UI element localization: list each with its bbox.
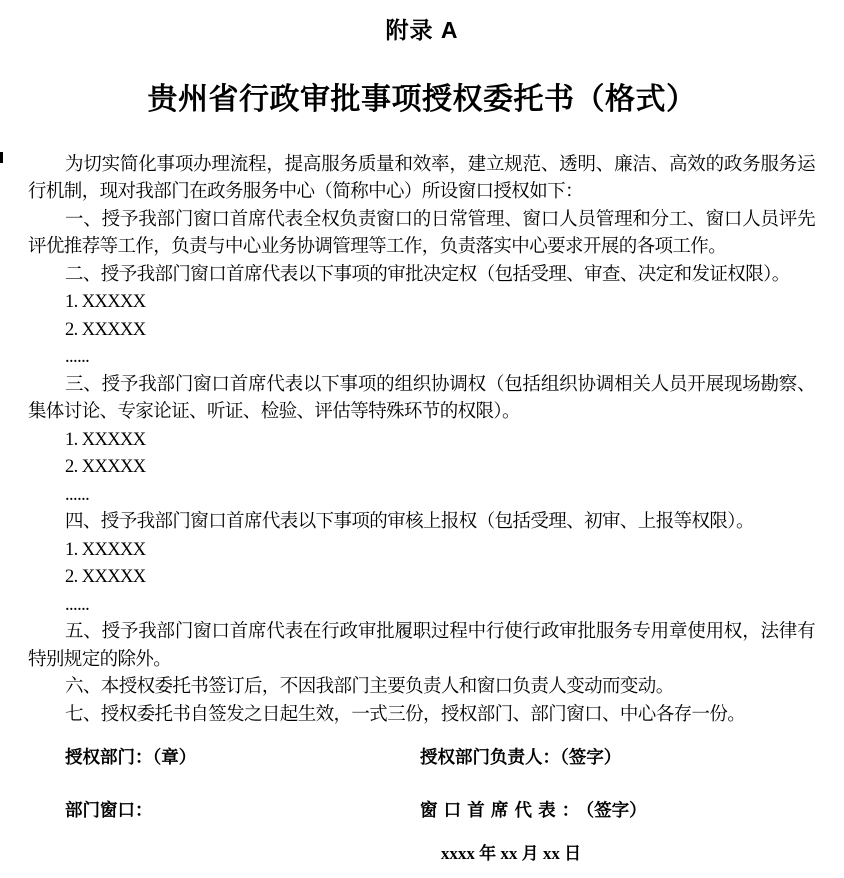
list-item-placeholder: 2. XXXXX bbox=[28, 317, 815, 345]
paragraph-clause-2: 二、授予我部门窗口首席代表以下事项的审批决定权（包括受理、审查、决定和发证权限）… bbox=[28, 262, 815, 290]
document-title: 贵州省行政审批事项授权委托书（格式） bbox=[0, 84, 844, 116]
department-head-field: 授权部门负责人：（签字） bbox=[420, 743, 815, 771]
signature-block: 授权部门：（章） 授权部门负责人：（签字） 部门窗口： 窗口首席代表：（签字） bbox=[28, 743, 815, 824]
chief-representative-label: 窗口首席代表： bbox=[420, 800, 585, 820]
authorizing-department-field: 授权部门：（章） bbox=[28, 743, 420, 771]
department-window-label: 部门窗口： bbox=[65, 800, 153, 820]
ellipsis-line: ...... bbox=[28, 482, 815, 510]
signature-hint: （签字） bbox=[585, 800, 646, 820]
department-window-field: 部门窗口： bbox=[28, 796, 420, 824]
appendix-label: 附录 A bbox=[0, 18, 844, 42]
date-line: xxxx 年 xx 月 xx 日 bbox=[0, 844, 844, 864]
chief-representative-field: 窗口首席代表：（签字） bbox=[420, 796, 815, 824]
paragraph-clause-4: 四、授予我部门窗口首席代表以下事项的审核上报权（包括受理、初审、上报等权限）。 bbox=[28, 509, 815, 537]
list-item-placeholder: 1. XXXXX bbox=[28, 537, 815, 565]
seal-hint: （章） bbox=[153, 747, 197, 767]
document-page: 附录 A 贵州省行政审批事项授权委托书（格式） 为切实简化事项办理流程，提高服务… bbox=[0, 0, 844, 878]
paragraph-clause-5: 五、授予我部门窗口首席代表在行政审批履职过程中行使行政审批服务专用章使用权，法律… bbox=[28, 619, 815, 674]
paragraph-clause-3: 三、授予我部门窗口首席代表以下事项的组织协调权（包括组织协调相关人员开展现场勘察… bbox=[28, 372, 815, 427]
signature-row-1: 授权部门：（章） 授权部门负责人：（签字） bbox=[28, 743, 815, 771]
scan-artifact-mark bbox=[0, 152, 3, 163]
authorizing-department-label: 授权部门： bbox=[65, 747, 153, 767]
signature-row-2: 部门窗口： 窗口首席代表：（签字） bbox=[28, 796, 815, 824]
paragraph-intro: 为切实简化事项办理流程，提高服务质量和效率，建立规范、透明、廉洁、高效的政务服务… bbox=[28, 152, 815, 207]
list-item-placeholder: 2. XXXXX bbox=[28, 564, 815, 592]
department-head-label: 授权部门负责人： bbox=[420, 747, 560, 767]
ellipsis-line: ...... bbox=[28, 344, 815, 372]
ellipsis-line: ...... bbox=[28, 592, 815, 620]
paragraph-clause-1: 一、授予我部门窗口首席代表全权负责窗口的日常管理、窗口人员管理和分工、窗口人员评… bbox=[28, 207, 815, 262]
paragraph-clause-7: 七、授权委托书自签发之日起生效，一式三份，授权部门、部门窗口、中心各存一份。 bbox=[28, 702, 815, 730]
signature-hint: （签字） bbox=[560, 747, 621, 767]
list-item-placeholder: 2. XXXXX bbox=[28, 454, 815, 482]
list-item-placeholder: 1. XXXXX bbox=[28, 427, 815, 455]
paragraph-clause-6: 六、本授权委托书签订后，不因我部门主要负责人和窗口负责人变动而变动。 bbox=[28, 674, 815, 702]
list-item-placeholder: 1. XXXXX bbox=[28, 289, 815, 317]
document-body: 为切实简化事项办理流程，提高服务质量和效率，建立规范、透明、廉洁、高效的政务服务… bbox=[28, 152, 815, 730]
